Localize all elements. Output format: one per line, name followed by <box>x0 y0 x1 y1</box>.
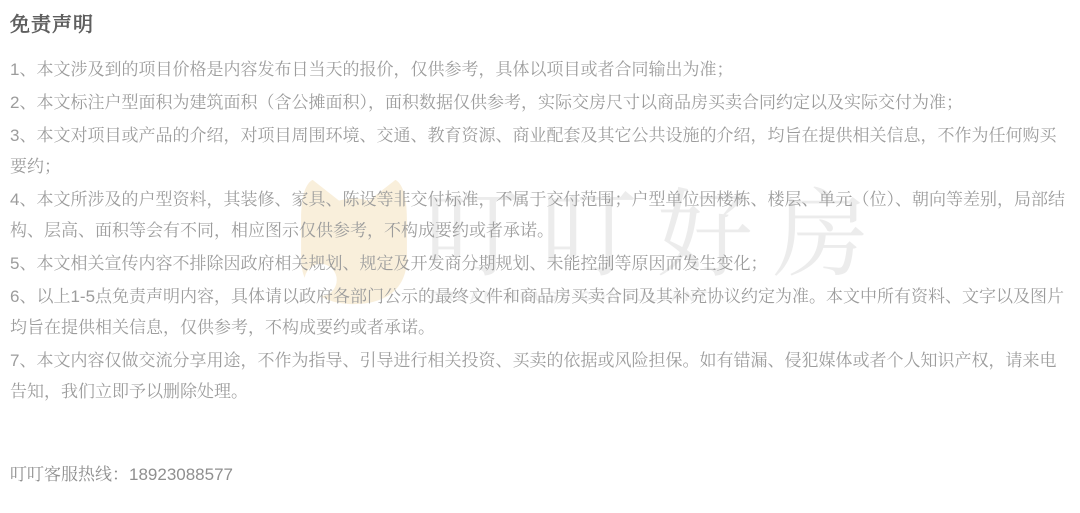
disclaimer-item-5: 5、本文相关宣传内容不排除因政府相关规划、规定及开发商分期规划、未能控制等原因而… <box>10 248 1066 279</box>
disclaimer-item-6: 6、以上1-5点免责声明内容，具体请以政府各部门公示的最终文件和商品房买卖合同及… <box>10 281 1066 343</box>
disclaimer-item-3: 3、本文对项目或产品的介绍，对项目周围环境、交通、教育资源、商业配套及其它公共设… <box>10 120 1066 182</box>
page-title: 免责声明 <box>10 12 1066 38</box>
customer-service-hotline: 叮叮客服热线：18923088577 <box>10 463 1066 487</box>
disclaimer-item-4: 4、本文所涉及的户型资料，其装修、家具、陈设等非交付标准，不属于交付范围；户型单… <box>10 184 1066 246</box>
disclaimer-item-7: 7、本文内容仅做交流分享用途，不作为指导、引导进行相关投资、买卖的依据或风险担保… <box>10 345 1066 407</box>
disclaimer-item-1: 1、本文涉及到的项目价格是内容发布日当天的报价，仅供参考，具体以项目或者合同输出… <box>10 54 1066 85</box>
disclaimer-page: 免责声明 1、本文涉及到的项目价格是内容发布日当天的报价，仅供参考，具体以项目或… <box>0 0 1080 487</box>
disclaimer-item-2: 2、本文标注户型面积为建筑面积（含公摊面积），面积数据仅供参考，实际交房尺寸以商… <box>10 87 1066 118</box>
